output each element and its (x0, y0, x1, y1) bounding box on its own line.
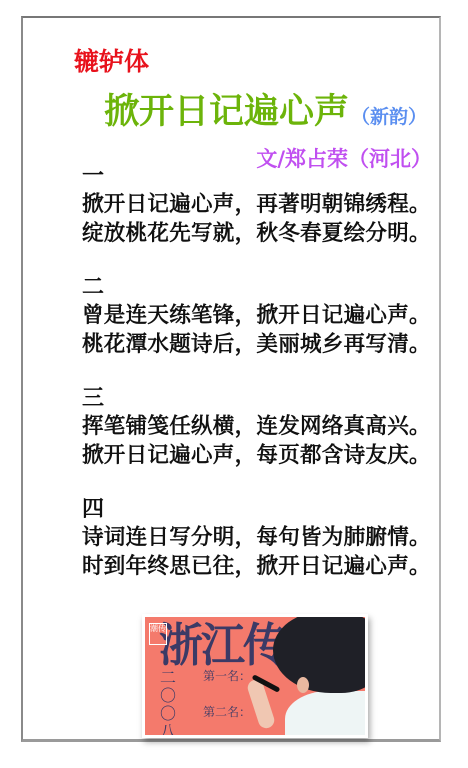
photo-frame: 浙江传 潮传 二 〇 〇 八 第一名： 第二名： (142, 614, 368, 738)
poem-line: 桃花潭水题诗后，美丽城乡再写清。 (82, 330, 432, 359)
stanza: 三 挥笔铺笺任纵横，连发网络真高兴。 掀开日记遍心声，每页都含诗友庆。 (82, 386, 432, 470)
stanza: 二 曾是连天练笔锋，掀开日记遍心声。 桃花潭水题诗后，美丽城乡再写清。 (82, 275, 432, 359)
photo-person-head (273, 617, 365, 693)
stanza-number: 一 (82, 164, 432, 190)
poem-line: 时到年终思已往，掀开日记遍心声。 (82, 552, 432, 581)
stanza-number: 四 (82, 497, 432, 523)
poem-title: 掀开日记遍心声 (104, 92, 349, 132)
poem-line: 掀开日记遍心声，再著明朝锦绣程。 (82, 190, 432, 219)
photo-year-vertical: 二 〇 〇 八 (159, 669, 177, 735)
stanza: 一 掀开日记遍心声，再著明朝锦绣程。 绽放桃花先写就，秋冬春夏绘分明。 (82, 164, 432, 248)
poem-line: 诗词连日写分明，每句皆为肺腑情。 (82, 523, 432, 552)
poem-line: 挥笔铺笺任纵横，连发网络真高兴。 (82, 412, 432, 441)
stanza-number: 二 (82, 275, 432, 301)
style-tag: 辘轳体 (74, 47, 149, 77)
title-row: 掀开日记遍心声（新韵） (104, 92, 427, 138)
stanza: 四 诗词连日写分明，每句皆为肺腑情。 时到年终思已往，掀开日记遍心声。 (82, 497, 432, 581)
poem-body: 一 掀开日记遍心声，再著明朝锦绣程。 绽放桃花先写就，秋冬春夏绘分明。 二 曾是… (82, 164, 432, 608)
photo-logo: 潮传 (149, 623, 167, 645)
calligraphy-photo: 浙江传 潮传 二 〇 〇 八 第一名： 第二名： (145, 617, 365, 735)
photo-rank-second: 第二名： (203, 703, 251, 720)
poem-line: 绽放桃花先写就，秋冬春夏绘分明。 (82, 219, 432, 248)
photo-rank-first: 第一名： (203, 667, 251, 684)
photo-person-ear (297, 677, 309, 693)
poem-subtitle: （新韵） (351, 106, 427, 128)
photo-person-shirt (285, 691, 365, 735)
stanza-number: 三 (82, 386, 432, 412)
poem-line: 曾是连天练笔锋，掀开日记遍心声。 (82, 301, 432, 330)
poem-line: 掀开日记遍心声，每页都含诗友庆。 (82, 441, 432, 470)
photo-calligraphy: 浙江传 (159, 617, 285, 675)
